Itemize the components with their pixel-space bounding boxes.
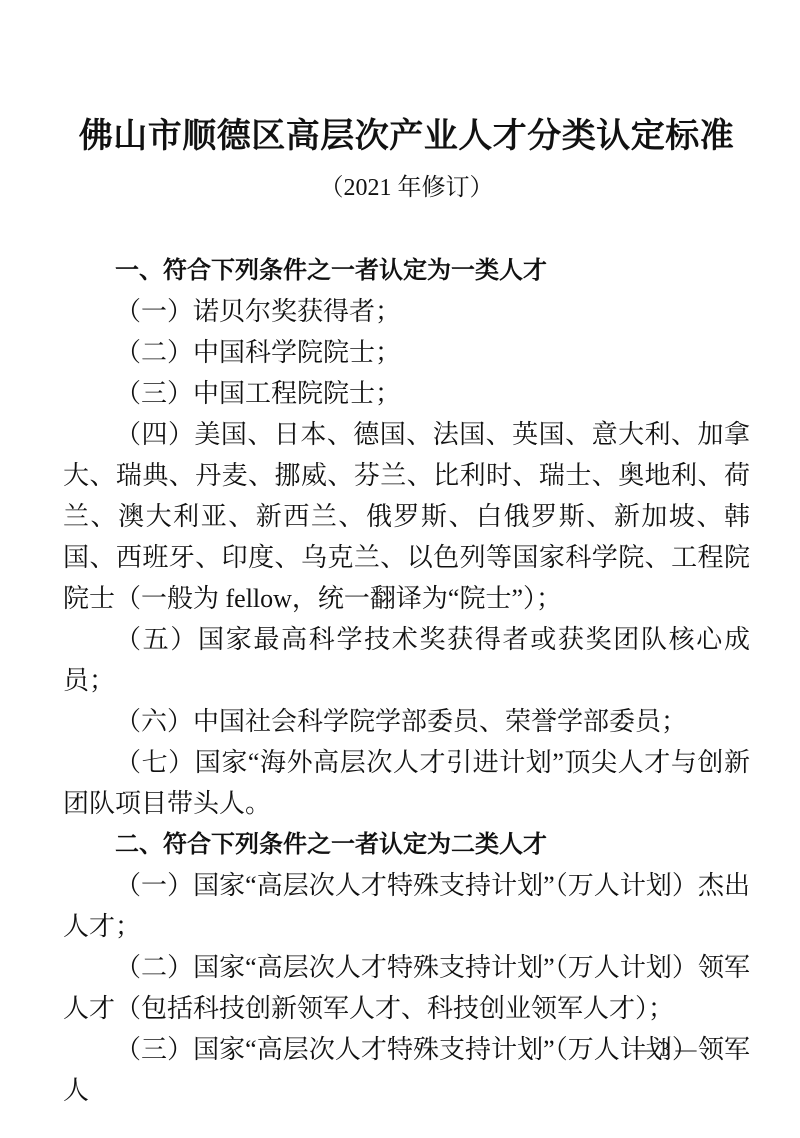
section-1-item-6: （六）中国社会科学院学部委员、荣誉学部委员； — [63, 701, 750, 742]
section-1-item-2: （二）中国科学院院士； — [63, 332, 750, 373]
document-subtitle: （2021 年修订） — [63, 175, 750, 201]
section-1-item-7: （七）国家“海外高层次人才引进计划”顶尖人才与创新团队项目带头人。 — [63, 742, 750, 824]
page-number: — 3 — — [610, 1036, 720, 1062]
section-1-item-5: （五）国家最高科学技术奖获得者或获奖团队核心成员； — [63, 619, 750, 701]
section-2-item-1: （一）国家“高层次人才特殊支持计划”（万人计划）杰出人才； — [63, 865, 750, 947]
document-title: 佛山市顺德区高层次产业人才分类认定标准 — [63, 116, 750, 157]
section-1-item-4: （四）美国、日本、德国、法国、英国、意大利、加拿大、瑞典、丹麦、挪威、芬兰、比利… — [63, 414, 750, 619]
document-page: 佛山市顺德区高层次产业人才分类认定标准 （2021 年修订） 一、符合下列条件之… — [0, 0, 800, 1138]
document-body: 一、符合下列条件之一者认定为一类人才 （一）诺贝尔奖获得者； （二）中国科学院院… — [63, 250, 750, 1111]
section-1-item-3: （三）中国工程院院士； — [63, 373, 750, 414]
section-1-item-1: （一）诺贝尔奖获得者； — [63, 291, 750, 332]
section-2-item-2: （二）国家“高层次人才特殊支持计划”（万人计划）领军人才（包括科技创新领军人才、… — [63, 947, 750, 1029]
section-1-heading: 一、符合下列条件之一者认定为一类人才 — [63, 250, 750, 291]
section-2-heading: 二、符合下列条件之一者认定为二类人才 — [63, 824, 750, 865]
